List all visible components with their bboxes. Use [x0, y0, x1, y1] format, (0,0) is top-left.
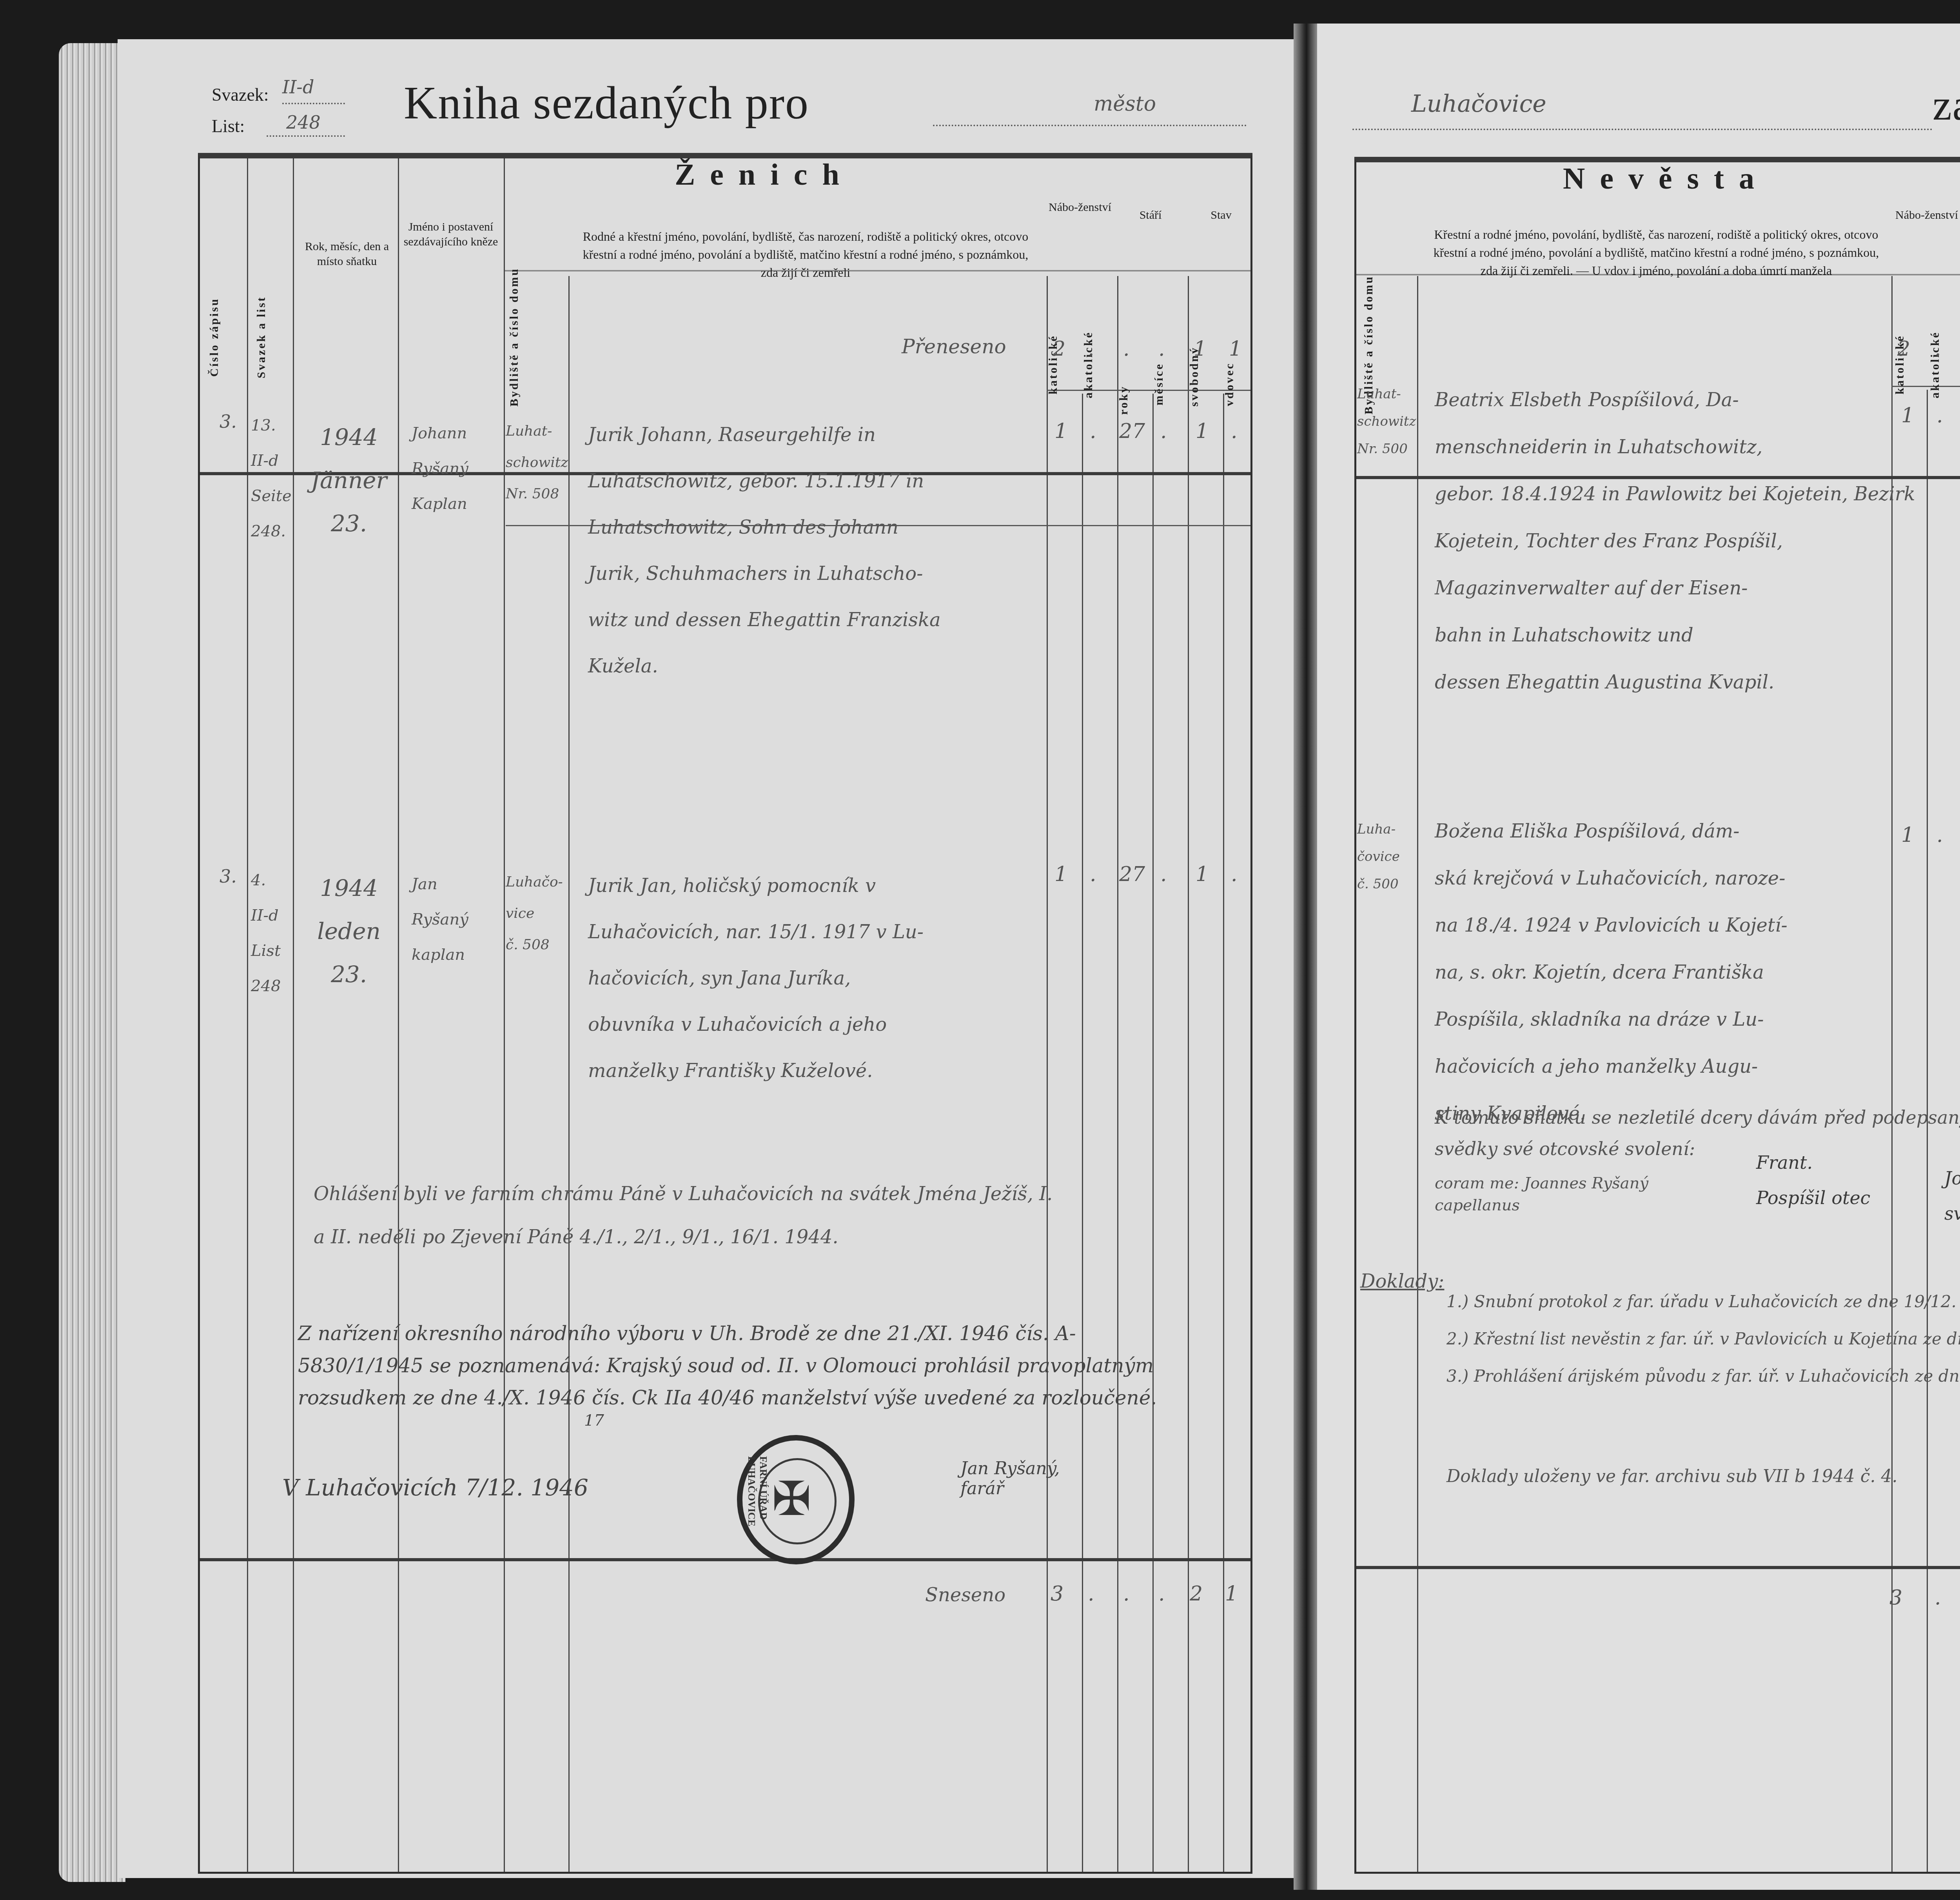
- carried-forward-label: Sneseno: [925, 1584, 1005, 1606]
- documents-label: Doklady:: [1360, 1270, 1444, 1292]
- bride-carried-over-noncatholic: .: [1935, 337, 1941, 361]
- entry-catholic: 1: [1054, 863, 1067, 886]
- list-dotline: [267, 135, 345, 137]
- entry-number: 3.: [220, 408, 237, 435]
- entry-single: 1: [1196, 863, 1209, 886]
- parish-office-stamp: ✠ FARNÍ ÚŘAD LUHAČOVICE: [737, 1435, 855, 1564]
- consent-signature-witness-1: Josef Šimek svědek: [1944, 1161, 1960, 1231]
- bride-carried-over-catholic: 2: [1897, 337, 1910, 361]
- col-header-age: Stáří: [1115, 208, 1186, 223]
- list-label: List:: [212, 116, 245, 136]
- carried-over-years: .: [1123, 337, 1130, 361]
- entry-groom-details: Jurik Johann, Raseurgehilfe in Luhatscho…: [588, 412, 941, 689]
- col-header-bride-noncatholic: akatolické: [1929, 282, 1960, 447]
- entry-age-years: 27: [1119, 863, 1145, 886]
- carried-forward-single: 2: [1190, 1582, 1203, 1606]
- entry-volume-page: 4. II-d List 248: [251, 863, 281, 1004]
- bride-details: Beatrix Elsbeth Pospíšilová, Da- menschn…: [1435, 376, 1915, 706]
- document-item-3: 3.) Prohlášení árijském původu z far. úř…: [1446, 1366, 1960, 1386]
- bride-noncatholic: .: [1936, 823, 1943, 847]
- bride-details: Božena Eliška Pospíšilová, dám- ská krej…: [1435, 808, 1788, 1137]
- register-title: Kniha sezdaných pro: [404, 76, 809, 130]
- col-header-groom-details: Rodné a křestní jméno, povolání, bydlišt…: [576, 227, 1035, 282]
- title-dotline: [933, 125, 1247, 126]
- carried-over-widower: 1: [1229, 337, 1242, 361]
- col-header-religion: Nábo-ženství: [1045, 200, 1115, 215]
- entry-priest: Johann Ryšaný Kaplan: [412, 416, 468, 521]
- entry-catholic: 1: [1054, 420, 1067, 443]
- entry-number: 3.: [220, 863, 237, 890]
- entry-groom-details: Jurik Jan, holičský pomocník v Luhačovic…: [588, 863, 924, 1094]
- book-page-edges-left: [59, 43, 125, 1882]
- col-header-bride-details: Křestní a rodné jméno, povolání, bydlišt…: [1427, 225, 1886, 280]
- groom-section-title: Ženich: [510, 157, 1019, 192]
- annotation-place-date: V Luhačovicích 7/12. 1946: [282, 1474, 588, 1501]
- entry-widower: .: [1231, 420, 1238, 443]
- stamp-emblem-icon: ✠: [772, 1472, 811, 1526]
- bride-carried-forward-catholic: 3: [1889, 1586, 1902, 1609]
- carried-over-catholic: 2: [1053, 337, 1065, 361]
- consent-coram: coram me: Joannes Ryšaný capellanus: [1435, 1172, 1654, 1216]
- bride-noncatholic: .: [1936, 404, 1943, 427]
- parish-place: Luhačovice: [1411, 90, 1546, 118]
- bride-catholic: 1: [1901, 823, 1914, 847]
- entry-age-months: .: [1160, 863, 1167, 886]
- col-header-residence: Bydliště a číslo domu: [508, 243, 559, 431]
- book-gutter: [1294, 24, 1317, 1890]
- court-ref-denominator: 17: [584, 1411, 604, 1430]
- carried-over-noncatholic: .: [1088, 337, 1094, 361]
- entry-single: 1: [1196, 420, 1209, 443]
- bride-residence: Luhat- schowitz Nr. 500: [1357, 380, 1416, 463]
- court-annotation: Z nařízení okresního národního výboru v …: [298, 1317, 1168, 1414]
- stamp-text: FARNÍ ÚŘAD LUHAČOVICE: [746, 1456, 769, 1550]
- carried-forward-noncatholic: .: [1088, 1582, 1094, 1606]
- carried-forward-widower: 1: [1225, 1582, 1238, 1606]
- entry-volume-page: 13. II-d Seite 248.: [251, 408, 292, 549]
- bride-carried-forward-noncatholic: .: [1935, 1586, 1941, 1609]
- col-header-status: Stav: [1186, 208, 1256, 223]
- carried-over-single: 1: [1194, 337, 1207, 361]
- carried-forward-catholic: 3: [1051, 1582, 1063, 1606]
- svazek-value: II-d: [282, 76, 314, 98]
- banns-note: Ohlášení byli ve farním chrámu Páně v Lu…: [314, 1172, 1058, 1259]
- entry-priest: Jan Ryšaný kaplan: [412, 866, 468, 972]
- entry-date: 1944 Jänner 23.: [306, 416, 392, 545]
- paternal-consent-note: K tomuto sňatku se nezletilé dcery dávám…: [1435, 1102, 1960, 1164]
- carried-over-months: .: [1158, 337, 1165, 361]
- title-fill-city: město: [1094, 92, 1156, 116]
- place-dotline: [1352, 129, 1933, 130]
- col-header-date-place: Rok, měsíc, den a místo sňatku: [298, 239, 396, 269]
- entry-noncatholic: .: [1090, 863, 1096, 886]
- documents-storage-note: Doklady uloženy ve far. archivu sub VII …: [1446, 1466, 1897, 1486]
- svazek-label: Svazek:: [212, 84, 269, 105]
- carried-forward-years: .: [1123, 1582, 1130, 1606]
- entry-age-months: .: [1160, 420, 1167, 443]
- col-header-noncatholic: akatolické: [1082, 282, 1113, 447]
- year-label: za rok: [1933, 80, 1960, 130]
- entry-date: 1944 leden 23.: [306, 866, 392, 996]
- col-header-bride-religion: Nábo-ženství: [1891, 208, 1960, 223]
- document-item-1: 1.) Snubní protokol z far. úřadu v Luhač…: [1446, 1292, 1960, 1311]
- annotation-priest-signature: Jan Ryšaný, farář: [960, 1459, 1090, 1499]
- list-value: 248: [286, 112, 321, 133]
- entry-noncatholic: .: [1090, 420, 1096, 443]
- document-item-2: 2.) Křestní list nevěstin z far. úř. v P…: [1446, 1329, 1960, 1348]
- entry-residence: Luhačo- vice č. 508: [506, 866, 563, 961]
- carried-forward-months: .: [1158, 1582, 1165, 1606]
- col-header-months: měsíce: [1152, 322, 1184, 447]
- consent-signature-father: Frant. Pospíšil otec: [1756, 1145, 1874, 1215]
- bride-catholic: 1: [1901, 404, 1914, 427]
- col-header-priest: Jméno i postavení sezdávajícího kněze: [402, 220, 500, 249]
- bride-section-title: Nevěsta: [1450, 161, 1882, 196]
- svazek-dotline: [282, 103, 345, 104]
- bride-residence: Luha- čovice č. 500: [1357, 816, 1400, 898]
- entry-age-years: 27: [1119, 420, 1145, 443]
- entry-widower: .: [1231, 863, 1238, 886]
- entry-residence: Luhat- schowitz Nr. 508: [506, 416, 568, 510]
- carried-over-label: Přeneseno: [902, 335, 1006, 358]
